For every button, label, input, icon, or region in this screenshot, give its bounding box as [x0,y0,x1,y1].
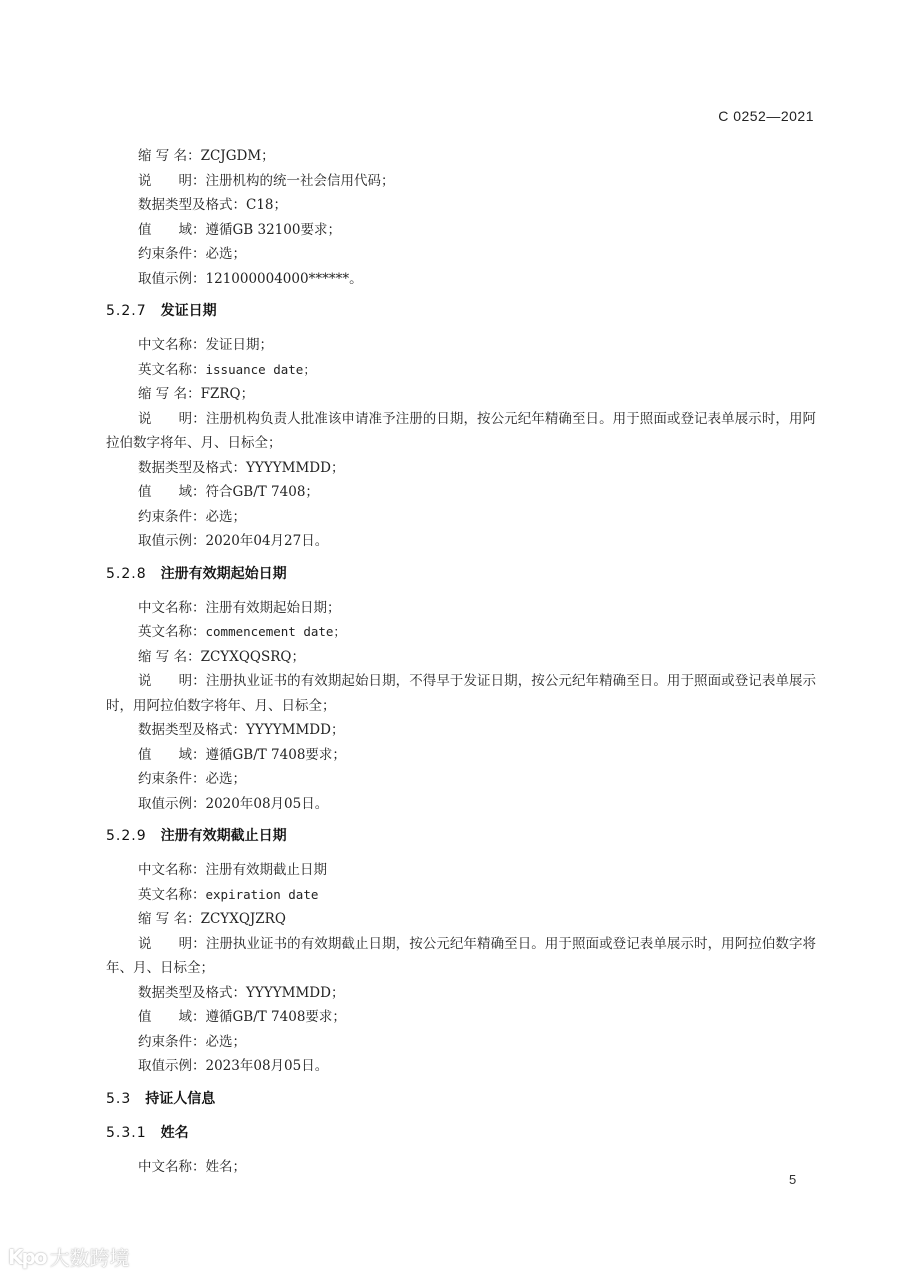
field-type: 数据类型及格式：C18； [106,193,816,218]
field-domain: 值 域：遵循GB/T 7408要求； [106,743,816,768]
field-abbr: 缩 写 名：ZCJGDM； [106,144,816,169]
field-abbr: 缩 写 名：ZCYXQQSRQ； [106,645,816,670]
watermark-logo-icon: Kpo [8,1245,46,1269]
section-5-2-7-fields: 中文名称：发证日期； 英文名称：issuance date； 缩 写 名：FZR… [106,333,816,554]
section-5-3-1-fields: 中文名称：姓名； [106,1155,816,1180]
field-desc: 说 明：注册机构负责人批准该申请准予注册的日期，按公元纪年精确至日。用于照面或登… [106,407,816,456]
field-cn-name: 中文名称：注册有效期截止日期 [106,858,816,883]
field-abbr: 缩 写 名：FZRQ； [106,382,816,407]
document-body: 缩 写 名：ZCJGDM； 说 明：注册机构的统一社会信用代码； 数据类型及格式… [106,144,816,1181]
field-type: 数据类型及格式：YYYYMMDD； [106,718,816,743]
field-desc: 说 明：注册执业证书的有效期起始日期，不得早于发证日期，按公元纪年精确至日。用于… [106,669,816,718]
page-number: 5 [789,1172,796,1187]
watermark: Kpo 大数跨境 [8,1242,130,1271]
field-constraint: 约束条件：必选； [106,242,816,267]
section-5-2-8-fields: 中文名称：注册有效期起始日期； 英文名称：commencement date； … [106,596,816,817]
field-type: 数据类型及格式：YYYYMMDD； [106,981,816,1006]
section-heading-5-2-7: 5.2.7发证日期 [106,301,816,321]
field-constraint: 约束条件：必选； [106,1030,816,1055]
watermark-text: 大数跨境 [50,1242,130,1271]
section-heading-5-3-1: 5.3.1姓名 [106,1123,816,1143]
field-en-name: 英文名称：expiration date [106,883,816,908]
page-header-doc-code: C 0252—2021 [718,108,814,124]
section-heading-5-3: 5.3持证人信息 [106,1089,816,1109]
section-heading-5-2-9: 5.2.9注册有效期截止日期 [106,826,816,846]
field-example: 取值示例：2020年04月27日。 [106,529,816,554]
section-heading-5-2-8: 5.2.8注册有效期起始日期 [106,564,816,584]
field-cn-name: 中文名称：注册有效期起始日期； [106,596,816,621]
field-example: 取值示例：121000004000******。 [106,267,816,292]
field-desc: 说 明：注册机构的统一社会信用代码； [106,169,816,194]
section-5-2-9-fields: 中文名称：注册有效期截止日期 英文名称：expiration date 缩 写 … [106,858,816,1079]
field-domain: 值 域：遵循GB/T 7408要求； [106,1005,816,1030]
field-example: 取值示例：2020年08月05日。 [106,792,816,817]
field-cn-name: 中文名称：姓名； [106,1155,816,1180]
field-constraint: 约束条件：必选； [106,767,816,792]
field-en-name: 英文名称：commencement date； [106,620,816,645]
intro-fields: 缩 写 名：ZCJGDM； 说 明：注册机构的统一社会信用代码； 数据类型及格式… [106,144,816,291]
field-abbr: 缩 写 名：ZCYXQJZRQ [106,907,816,932]
field-en-name: 英文名称：issuance date； [106,358,816,383]
field-domain: 值 域：遵循GB 32100要求； [106,218,816,243]
field-constraint: 约束条件：必选； [106,505,816,530]
field-type: 数据类型及格式：YYYYMMDD； [106,456,816,481]
field-cn-name: 中文名称：发证日期； [106,333,816,358]
field-domain: 值 域：符合GB/T 7408； [106,480,816,505]
field-example: 取值示例：2023年08月05日。 [106,1054,816,1079]
field-desc: 说 明：注册执业证书的有效期截止日期，按公元纪年精确至日。用于照面或登记表单展示… [106,932,816,981]
